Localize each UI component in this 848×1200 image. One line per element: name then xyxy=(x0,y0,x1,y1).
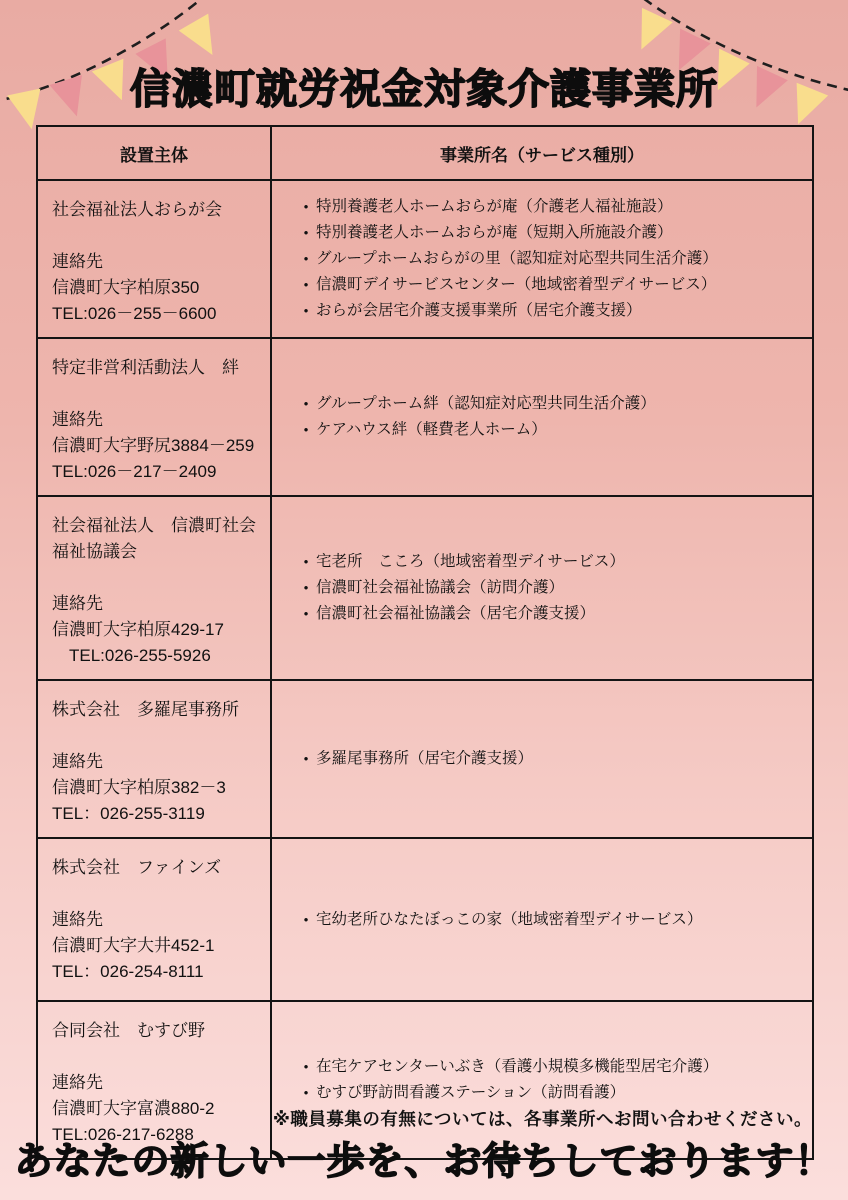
page-title: 信濃町就労祝金対象介護事業所 xyxy=(0,56,848,115)
bullet-icon: • xyxy=(296,246,316,272)
service-label: 宅老所 こころ（地域密着型デイサービス） xyxy=(316,549,625,575)
column-header-facility: 事業所名（サービス種別） xyxy=(271,126,813,180)
table-row: 株式会社 多羅尾事務所 連絡先 信濃町大字柏原382－3 TEL：026-255… xyxy=(37,680,813,838)
service-label: グループホームおらがの里（認知症対応型共同生活介護） xyxy=(316,246,718,272)
establisher-cell: 社会福祉法人 信濃町社会福祉協議会 連絡先 信濃町大字柏原429-17 TEL:… xyxy=(37,496,271,680)
service-item: •特別養護老人ホームおらが庵（短期入所施設介護） xyxy=(296,220,802,246)
footer-slogan: あなたの新しい一歩を、お待ちしております！ xyxy=(0,1130,848,1185)
bullet-icon: • xyxy=(296,417,316,443)
bullet-icon: • xyxy=(296,194,316,220)
service-label: 宅幼老所ひなたぼっこの家（地域密着型デイサービス） xyxy=(316,907,702,933)
service-item: •グループホームおらがの里（認知症対応型共同生活介護） xyxy=(296,246,802,272)
service-label: 多羅尾事務所（居宅介護支援） xyxy=(316,746,533,772)
bullet-icon: • xyxy=(296,391,316,417)
establisher-cell: 株式会社 多羅尾事務所 連絡先 信濃町大字柏原382－3 TEL：026-255… xyxy=(37,680,271,838)
facility-table: 設置主体 事業所名（サービス種別） 社会福祉法人おらが会 連絡先 信濃町大字柏原… xyxy=(36,125,814,1160)
bullet-icon: • xyxy=(296,1080,316,1106)
service-label: 信濃町社会福祉協議会（居宅介護支援） xyxy=(316,601,595,627)
bullet-icon: • xyxy=(296,746,316,772)
service-label: 在宅ケアセンターいぶき（看護小規模多機能型居宅介護） xyxy=(316,1054,718,1080)
column-header-establisher: 設置主体 xyxy=(37,126,271,180)
bullet-icon: • xyxy=(296,298,316,324)
bullet-icon: • xyxy=(296,1054,316,1080)
establisher-cell: 社会福祉法人おらが会 連絡先 信濃町大字柏原350 TEL:026－255－66… xyxy=(37,180,271,338)
bullet-icon: • xyxy=(296,907,316,933)
service-label: 特別養護老人ホームおらが庵（短期入所施設介護） xyxy=(316,220,673,246)
service-label: 特別養護老人ホームおらが庵（介護老人福祉施設） xyxy=(316,194,673,220)
services-cell: •宅老所 こころ（地域密着型デイサービス） •信濃町社会福祉協議会（訪問介護） … xyxy=(271,496,813,680)
bullet-icon: • xyxy=(296,272,316,298)
service-label: ケアハウス絆（軽費老人ホーム） xyxy=(316,417,547,443)
services-cell: •グループホーム絆（認知症対応型共同生活介護） •ケアハウス絆（軽費老人ホーム） xyxy=(271,338,813,496)
table-row: 社会福祉法人おらが会 連絡先 信濃町大字柏原350 TEL:026－255－66… xyxy=(37,180,813,338)
service-item: •グループホーム絆（認知症対応型共同生活介護） xyxy=(296,391,802,417)
service-label: むすび野訪問看護ステーション（訪問看護） xyxy=(316,1080,625,1106)
bullet-icon: • xyxy=(296,575,316,601)
service-item: •宅老所 こころ（地域密着型デイサービス） xyxy=(296,549,802,575)
service-label: 信濃町社会福祉協議会（訪問介護） xyxy=(316,575,564,601)
poster-page: { "colors": { "bg_top": "#e9aba3", "bg_b… xyxy=(0,0,848,1200)
service-label: グループホーム絆（認知症対応型共同生活介護） xyxy=(316,391,656,417)
service-item: •ケアハウス絆（軽費老人ホーム） xyxy=(296,417,802,443)
service-item: •宅幼老所ひなたぼっこの家（地域密着型デイサービス） xyxy=(296,907,802,933)
establisher-cell: 株式会社 ファインズ 連絡先 信濃町大字大井452-1 TEL：026-254-… xyxy=(37,838,271,1001)
establisher-cell: 特定非営利活動法人 絆 連絡先 信濃町大字野尻3884－259 TEL:026－… xyxy=(37,338,271,496)
service-item: •信濃町デイサービスセンター（地域密着型デイサービス） xyxy=(296,272,802,298)
bullet-icon: • xyxy=(296,220,316,246)
service-item: •信濃町社会福祉協議会（居宅介護支援） xyxy=(296,601,802,627)
services-cell: •多羅尾事務所（居宅介護支援） xyxy=(271,680,813,838)
service-item: •むすび野訪問看護ステーション（訪問看護） xyxy=(296,1080,802,1106)
service-item: •在宅ケアセンターいぶき（看護小規模多機能型居宅介護） xyxy=(296,1054,802,1080)
inquiry-note: ※職員募集の有無については、各事業所へお問い合わせください。 xyxy=(273,1106,812,1131)
table-header-row: 設置主体 事業所名（サービス種別） xyxy=(37,126,813,180)
service-label: おらが会居宅介護支援事業所（居宅介護支援） xyxy=(316,298,642,324)
pennant-flag-icon xyxy=(626,8,673,57)
services-cell: •宅幼老所ひなたぼっこの家（地域密着型デイサービス） xyxy=(271,838,813,1001)
service-item: •特別養護老人ホームおらが庵（介護老人福祉施設） xyxy=(296,194,802,220)
service-label: 信濃町デイサービスセンター（地域密着型デイサービス） xyxy=(316,272,716,298)
table-row: 社会福祉法人 信濃町社会福祉協議会 連絡先 信濃町大字柏原429-17 TEL:… xyxy=(37,496,813,680)
services-cell: •特別養護老人ホームおらが庵（介護老人福祉施設） •特別養護老人ホームおらが庵（… xyxy=(271,180,813,338)
bullet-icon: • xyxy=(296,601,316,627)
service-item: •おらが会居宅介護支援事業所（居宅介護支援） xyxy=(296,298,802,324)
service-item: •信濃町社会福祉協議会（訪問介護） xyxy=(296,575,802,601)
table-row: 株式会社 ファインズ 連絡先 信濃町大字大井452-1 TEL：026-254-… xyxy=(37,838,813,1001)
service-item: •多羅尾事務所（居宅介護支援） xyxy=(296,746,802,772)
bullet-icon: • xyxy=(296,549,316,575)
table-row: 特定非営利活動法人 絆 連絡先 信濃町大字野尻3884－259 TEL:026－… xyxy=(37,338,813,496)
